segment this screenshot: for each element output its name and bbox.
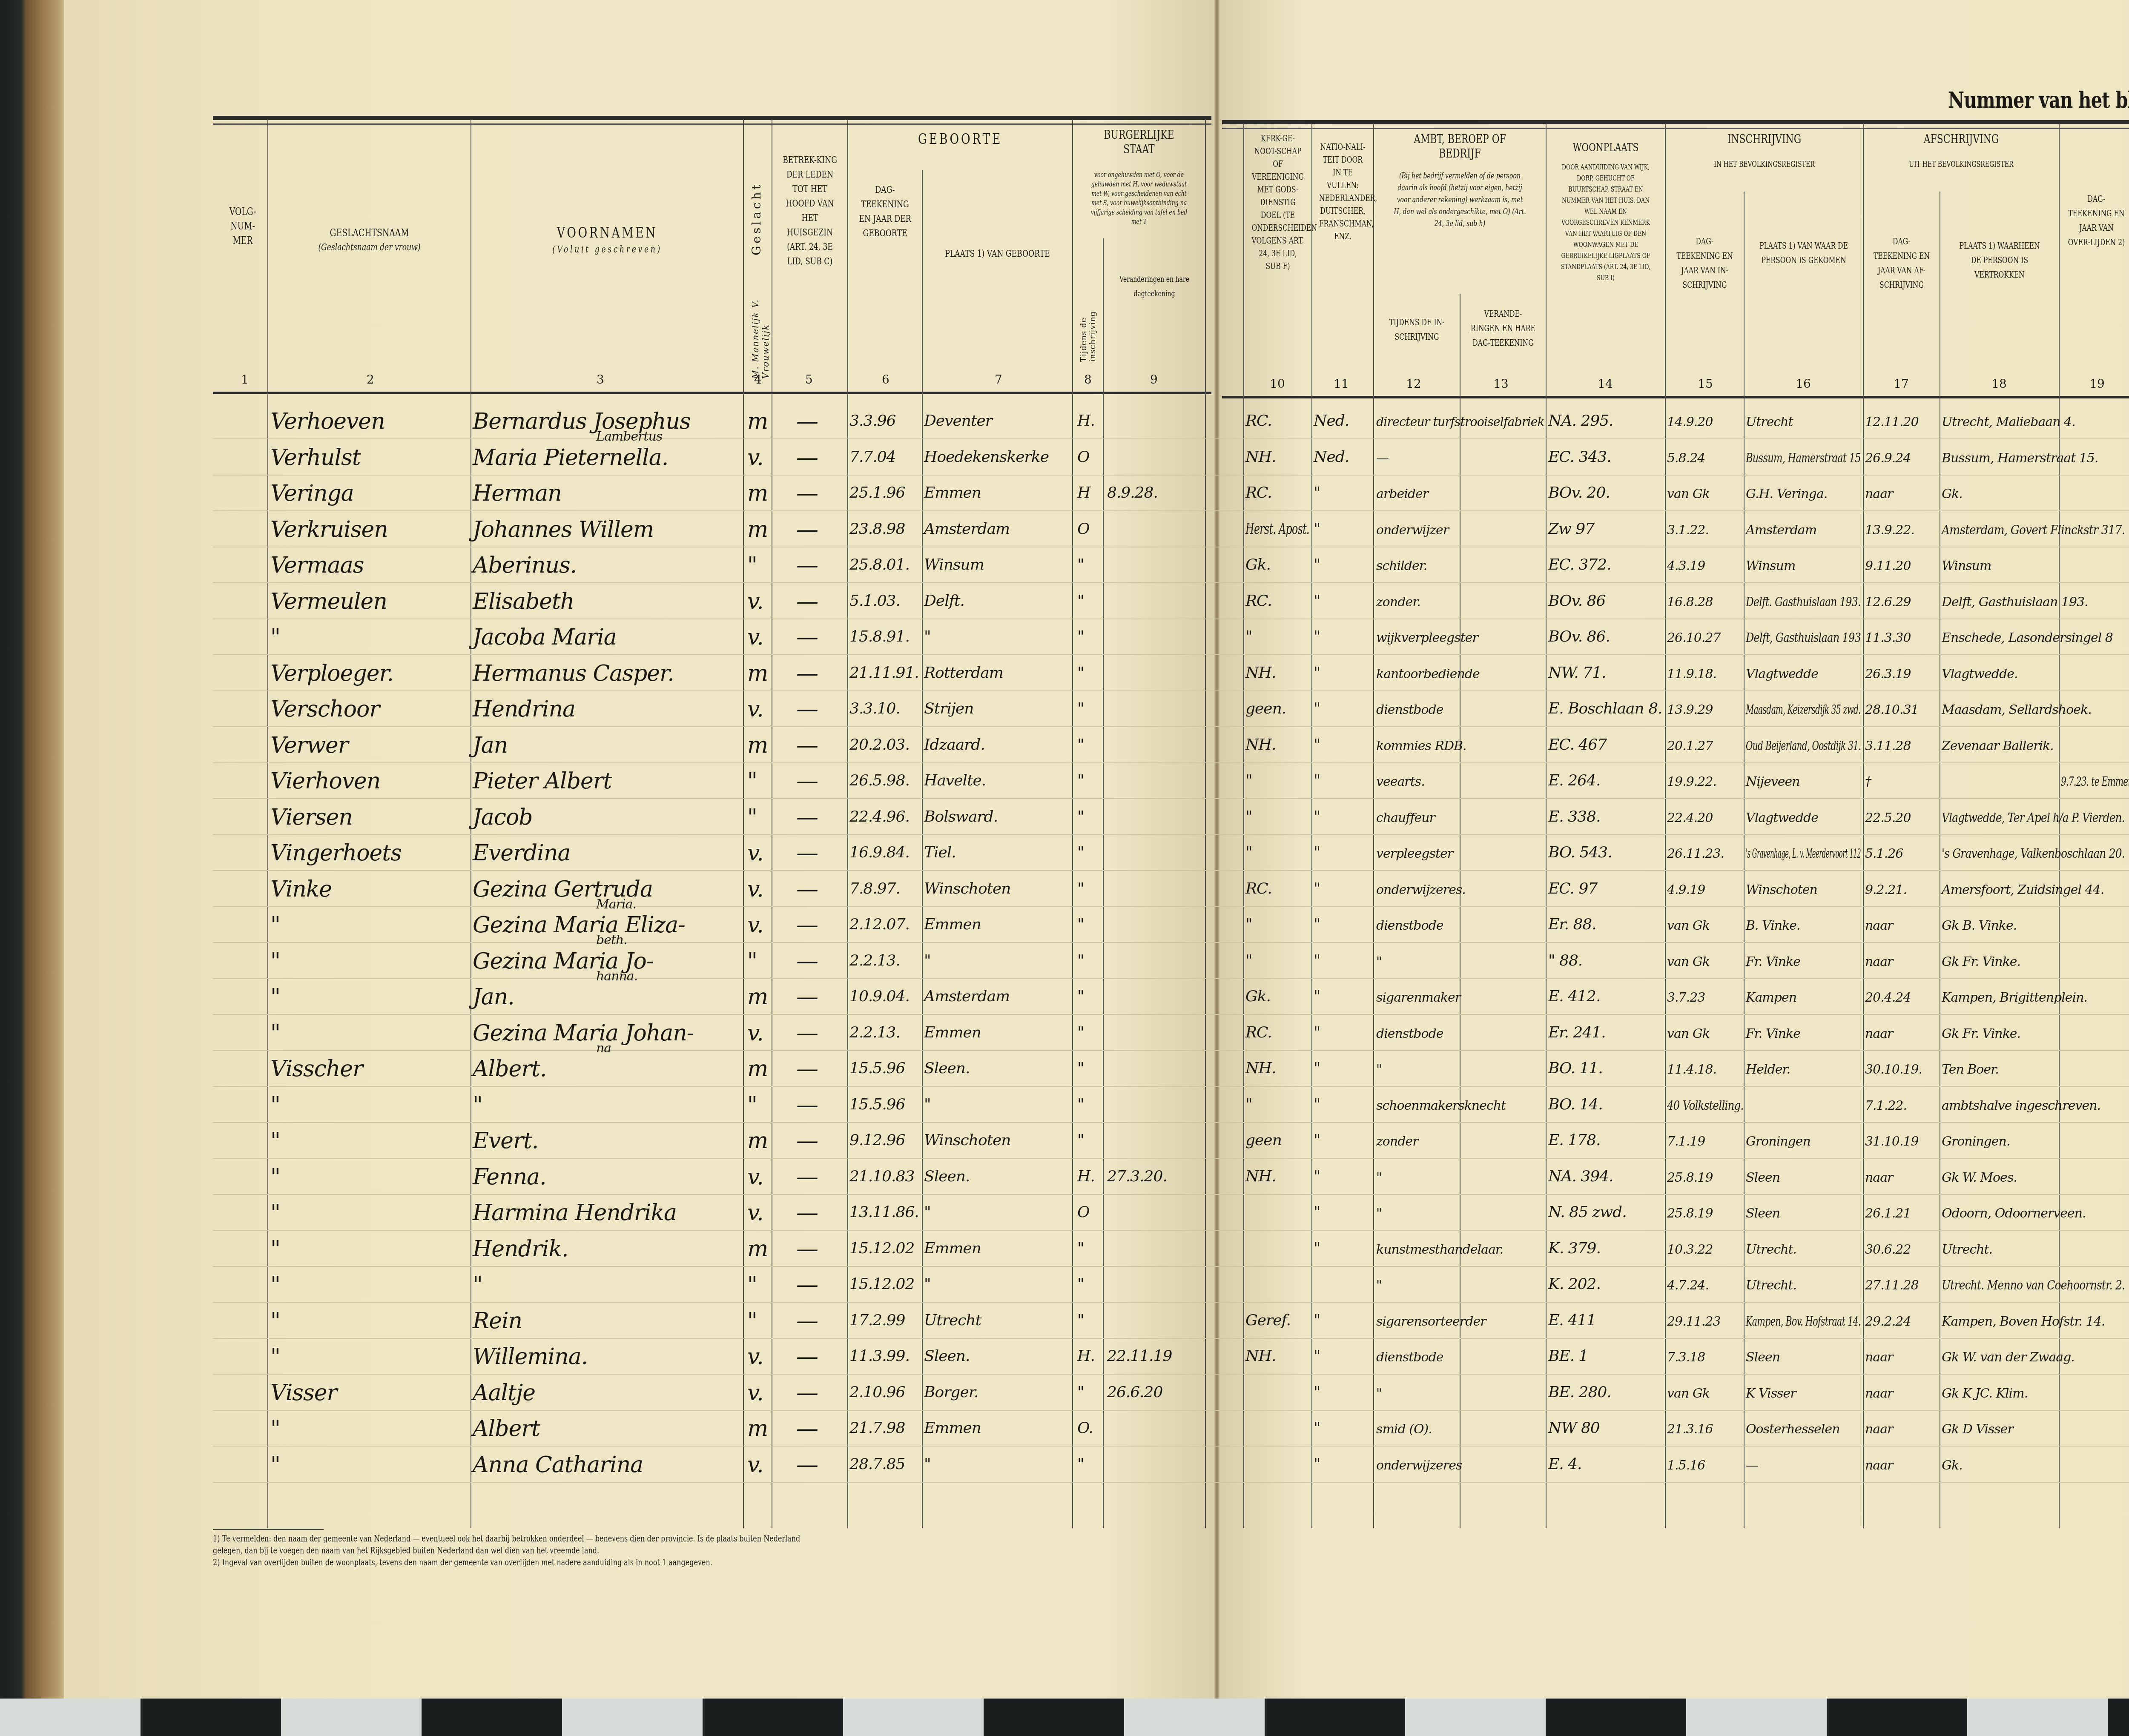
nationality-cell: " [1314,664,1320,682]
surname-cell: " [270,1452,280,1478]
col-divider [1311,123,1312,1528]
came-from-cell: Sleen [1746,1350,1780,1365]
col-divider [743,119,744,1528]
header-woonplaats: Woonplaats [1560,140,1652,155]
header-dag-inschrijving: Dag-teekening en jaar van in-schrijving [1674,234,1735,292]
moved-to-cell: Groningen. [1942,1134,2010,1149]
header-geslachtsnaam: Geslachtsnaam(Geslachtsnaam der vrouw) [290,226,448,255]
surname-cell: " [270,1200,280,1226]
row-rule [213,475,2129,476]
nationality-cell: " [1314,1240,1320,1257]
came-from-cell: Maasdam, Keizersdijk 35 zwd. [1746,702,1861,717]
col-divider [772,119,772,1528]
sex-cell: v. [747,912,763,938]
address-cell: EC. 97 [1548,880,1597,897]
birth-date-cell: 15.5.96 [849,1060,905,1077]
birth-place-cell: Havelte. [924,772,986,789]
birth-place-cell: Bolsward. [924,808,998,825]
header-burgerlijke-staat-sub: voor ongehuwden met O, voor de gehuwden … [1087,170,1191,226]
relation-cell: — [796,840,818,866]
moved-to-cell: Gk W. van der Zwaag. [1942,1350,2074,1365]
church-cell: Gk. [1245,556,1271,573]
birth-place-cell: Amsterdam [924,520,1010,538]
nationality-cell: Ned. [1314,448,1349,466]
came-from-cell: Sleen [1746,1170,1780,1185]
birth-place-cell: Rotterdam [924,664,1003,682]
civil-status-cell: " [1077,1132,1084,1149]
given-names-cell: Fenna. [473,1164,546,1190]
sex-cell: v. [747,840,763,866]
address-cell: BO. 11. [1548,1060,1603,1077]
registration-date-cell: 1.5.16 [1667,1458,1705,1473]
birth-date-cell: 3.3.10. [849,700,900,717]
nationality-cell: " [1314,880,1320,897]
birth-place-cell: " [924,952,931,969]
address-cell: EC. 343. [1548,448,1611,466]
row-rule [213,1446,2129,1447]
header-nationaliteit: Natio-nali-teit door in te vullen: Neder… [1319,140,1367,243]
nationality-cell: " [1314,1347,1320,1365]
relation-cell: — [796,805,818,830]
birth-date-cell: 5.1.03. [849,592,900,610]
relation-cell: — [796,984,818,1010]
church-cell: geen [1245,1132,1282,1149]
came-from-cell: Sleen [1746,1206,1780,1221]
birth-place-cell: Amsterdam [924,988,1010,1005]
given-names-cell: " [473,1272,482,1298]
birth-date-cell: 28.7.85 [849,1455,905,1473]
header-geboorte: Geboorte [873,130,1047,149]
relation-cell: — [796,1092,818,1118]
birth-date-cell: 7.8.97. [849,880,900,897]
registration-date-cell: 13.9.29 [1667,702,1713,717]
row-rule [213,1086,2129,1087]
header-ambt-veranderingen: Verande-ringen en hare dag-teekening [1470,307,1536,350]
birth-date-cell: 26.5.98. [849,772,910,789]
birth-place-cell: Sleen. [924,1168,970,1185]
moved-to-cell: Gk D Visser [1942,1422,2013,1437]
nationality-cell: " [1314,628,1320,645]
occupation-cell: zonder [1376,1134,1418,1149]
surname-cell: " [270,625,280,650]
row-rule [213,1194,2129,1195]
given-names-cell: Herman [473,481,562,506]
row-rule [213,510,2129,511]
deregistration-date-cell: 26.9.24 [1865,451,1911,466]
address-cell: BOv. 20. [1548,484,1610,501]
header-bottom-rule-left [213,392,1211,394]
surname-cell: Viersen [270,805,353,830]
sex-cell: v. [747,1200,763,1226]
came-from-cell: Oud Beijerland, Oostdijk 31. [1746,739,1861,753]
header-geslacht-sub: M. Mannelijk V. Vrouwelijk [750,272,771,379]
relation-cell: — [796,877,818,902]
header-afschrijving: Afschrijving [1885,132,2037,146]
birth-place-cell: Emmen [924,1419,981,1437]
col-divider [267,119,268,1528]
civil-status-cell: " [1077,808,1084,825]
came-from-cell: Kampen, Bov. Hofstraat 14. [1746,1314,1861,1329]
given-names-continuation: na [596,1041,611,1056]
surname-cell: " [270,948,280,974]
occupation-cell: arbeider [1376,487,1428,501]
occupation-cell: onderwijzer [1376,523,1449,538]
registration-date-cell: 19.9.22. [1667,774,1716,789]
relation-cell: — [796,1416,818,1441]
sex-cell: v. [747,1452,763,1478]
given-names-cell: Hendrik. [473,1236,568,1262]
sex-cell: m [747,517,768,542]
church-cell: NH. [1245,1060,1276,1077]
column-number: 18 [1991,377,2008,391]
row-rule [213,906,2129,907]
moved-to-cell: Maasdam, Sellardshoek. [1942,702,2092,717]
came-from-cell: Utrecht [1746,415,1793,430]
header-ambt-sub: (Bij het bedrijf vermelden of de persoon… [1393,170,1526,230]
deregistration-date-cell: naar [1865,1170,1893,1185]
address-cell: K. 379. [1548,1240,1601,1257]
column-number: 3 [592,372,609,387]
birth-place-cell: Borger. [924,1384,978,1401]
sex-cell: m [747,1416,768,1441]
sex-cell: m [747,733,768,758]
row-rule [213,1410,2129,1411]
deregistration-date-cell: naar [1865,1386,1893,1401]
moved-to-cell: Utrecht. [1942,1242,1992,1257]
sex-cell: v. [747,1344,763,1369]
occupation-cell: kunstmesthandelaar. [1376,1242,1503,1257]
col-divider [1863,123,1864,1528]
sex-cell: " [747,768,757,794]
occupation-cell: dienstbode [1376,702,1443,717]
birth-place-cell: Winschoten [924,1132,1011,1149]
came-from-cell: B. Vinke. [1746,918,1800,933]
row-rule [213,1122,2129,1123]
moved-to-cell: Winsum [1942,559,1991,573]
sex-cell: " [747,1092,757,1118]
occupation-cell: schilder. [1376,559,1427,573]
address-cell: E. 178. [1548,1132,1600,1149]
header-geslachtsnaam-sub: (Geslachtsnaam der vrouw) [290,240,448,255]
header-plaats-geboorte: Plaats 1) van geboorte [939,247,1056,261]
sex-cell: " [747,805,757,830]
deregistration-date-cell: naar [1865,1458,1893,1473]
deregistration-date-cell: 20.4.24 [1865,990,1911,1005]
surname-cell: " [270,1236,280,1262]
nationality-cell: " [1314,736,1320,753]
registration-date-cell: 20.1.27 [1667,739,1713,753]
came-from-cell: Bussum, Hamerstraat 15 [1746,451,1861,466]
registration-date-cell: 26.10.27 [1667,630,1721,645]
relation-cell: — [796,1452,818,1478]
nationality-cell: " [1314,1060,1320,1077]
surname-cell: Visser [270,1380,337,1406]
nationality-cell: " [1314,808,1320,825]
registration-date-cell: van Gk [1667,1026,1710,1041]
book-edge-left [0,0,64,1699]
col-divider [1744,192,1745,1528]
civil-status-change-cell: 27.3.20. [1107,1168,1167,1185]
came-from-cell: Utrecht. [1746,1242,1796,1257]
birth-place-cell: Hoedekenskerke [924,448,1049,466]
civil-status-cell: " [1077,700,1084,717]
sex-cell: v. [747,1164,763,1190]
color-calibration-strip [0,1699,2129,1736]
sex-cell: " [747,948,757,974]
col-divider [1103,238,1104,1528]
moved-to-cell: Amsterdam, Govert Flinckstr 317. [1942,523,2125,538]
civil-status-cell: " [1077,844,1084,861]
occupation-cell: dienstbode [1376,1350,1443,1365]
moved-to-cell: Gk Fr. Vinke. [1942,954,2020,969]
row-rule [213,834,2129,835]
given-names-cell: Jan [473,733,508,758]
deregistration-date-cell: 27.11.28 [1865,1278,1919,1293]
column-number: 2 [362,372,379,387]
birth-date-cell: 21.10.83 [849,1168,914,1185]
birth-place-cell: Delft. [924,592,964,610]
came-from-cell: Amsterdam [1746,523,1816,538]
birth-date-cell: 3.3.96 [849,412,896,430]
birth-place-cell: Winsum [924,556,984,573]
occupation-cell: kommies RDB. [1376,739,1466,753]
header-subrule-left [213,123,1211,125]
sex-cell: v. [747,625,763,650]
surname-cell: " [270,1416,280,1441]
occupation-cell: " [1376,1062,1382,1077]
deregistration-date-cell: 26.3.19 [1865,667,1911,682]
came-from-cell: Groningen [1746,1134,1811,1149]
given-names-cell: Hermanus Casper. [473,661,674,686]
church-cell: RC. [1245,1024,1272,1041]
nationality-cell: " [1314,1455,1320,1473]
sex-cell: v. [747,696,763,722]
header-geslacht: Geslacht [749,140,763,255]
birth-date-cell: 2.12.07. [849,916,910,933]
sex-cell: m [747,1056,768,1082]
given-names-cell: Jan. [473,984,514,1010]
deregistration-date-cell: naar [1865,487,1893,501]
surname-cell: " [270,1092,280,1118]
row-rule [213,619,2129,619]
given-names-cell: Gezina Maria Johan- [473,1020,694,1046]
occupation-cell: kantoorbediende [1376,667,1480,682]
nationality-cell: " [1314,772,1320,789]
sex-cell: m [747,481,768,506]
civil-status-cell: " [1077,1024,1084,1041]
nationality-cell: Ned. [1314,412,1349,430]
given-names-cell: Albert. [473,1056,547,1082]
deregistration-date-cell: naar [1865,1026,1893,1041]
deregistration-date-cell: 9.11.20 [1865,559,1911,573]
address-cell: EC. 467 [1548,736,1607,753]
moved-to-cell: Vlagtwedde, Ter Apel h/a P. Vierden. [1942,811,2125,825]
church-cell: NH. [1245,448,1276,466]
church-cell: " [1245,772,1252,789]
moved-to-cell: Gk. [1942,1458,1963,1473]
nationality-cell: " [1314,1419,1320,1437]
given-names-cell: Jacoba Maria [473,625,617,650]
row-rule [213,1050,2129,1051]
occupation-cell: onderwijzeres. [1376,882,1466,897]
address-cell: BE. 1 [1548,1347,1588,1365]
address-cell: Er. 241. [1548,1024,1606,1041]
church-cell: " [1245,844,1252,861]
nationality-cell: " [1314,592,1320,610]
registration-date-cell: van Gk [1667,1386,1710,1401]
deregistration-date-cell: naar [1865,954,1893,969]
moved-to-cell: Utrecht. Menno van Coehoornstr. 2. [1942,1278,2125,1293]
moved-to-cell: Utrecht, Maliebaan 4. [1942,415,2075,430]
occupation-cell: sigarenmaker [1376,990,1460,1005]
civil-status-cell: " [1077,664,1084,682]
church-cell: " [1245,1096,1252,1113]
header-voornamen: Voornamen(Voluit geschreven) [501,223,713,258]
birth-date-cell: 25.1.96 [849,484,905,501]
registration-date-cell: 10.3.22 [1667,1242,1713,1257]
surname-cell: Verwer [270,733,348,758]
moved-to-cell: Gk B. Vinke. [1942,918,2017,933]
surname-cell: " [270,912,280,938]
church-cell: Herst. Apost. [1245,520,1309,538]
column-number: 14 [1597,377,1614,391]
came-from-cell: — [1746,1458,1758,1473]
registration-date-cell: 11.9.18. [1667,667,1716,682]
deregistration-date-cell: 12.11.20 [1865,415,1919,430]
registration-date-cell: 21.3.16 [1667,1422,1713,1437]
came-from-cell: G.H. Veringa. [1746,487,1827,501]
church-cell: " [1245,916,1252,933]
given-names-continuation: beth. [596,933,627,948]
registration-date-cell: 7.1.19 [1667,1134,1705,1149]
occupation-cell: dienstbode [1376,1026,1443,1041]
relation-cell: — [796,948,818,974]
occupation-cell: " [1376,1170,1382,1185]
given-names-cell: Aaltje [473,1380,535,1406]
birth-place-cell: " [924,1096,931,1113]
registration-date-cell: 4.9.19 [1667,882,1705,897]
deregistration-date-cell: 31.10.19 [1865,1134,1919,1149]
civil-status-cell: O. [1077,1419,1093,1437]
nationality-cell: " [1314,1132,1320,1149]
header-tijdens-inschrijving: Tijdens de inschrijving [1079,272,1097,362]
address-cell: BOv. 86 [1548,592,1605,610]
sex-cell: " [747,553,757,578]
book-gutter [1214,0,1219,1699]
civil-status-cell: O [1077,1203,1090,1221]
civil-status-change-cell: 22.11.19 [1107,1347,1172,1365]
given-names-cell: Aberinus. [473,553,577,578]
address-cell: BO. 14. [1548,1096,1603,1113]
civil-status-cell: " [1077,880,1084,897]
nationality-cell: " [1314,1024,1320,1041]
birth-place-cell: Emmen [924,1024,981,1041]
column-number: 16 [1795,377,1812,391]
address-cell: E. 4. [1548,1455,1582,1473]
col-divider [847,119,848,1528]
occupation-cell: zonder. [1376,595,1420,610]
civil-status-cell: " [1077,736,1084,753]
deregistration-date-cell: † [1865,774,1871,789]
birth-place-cell: " [924,1203,931,1221]
sex-cell: v. [747,1380,763,1406]
row-rule [213,1374,2129,1375]
header-dagteekening-geboorte: Dag-teekening en jaar der geboorte [856,183,914,241]
column-number: 9 [1145,372,1162,387]
given-names-cell: Harmina Hendrika [473,1200,677,1226]
address-cell: E. Boschlaan 8. [1548,700,1662,717]
birth-date-cell: 7.7.04 [849,448,896,466]
came-from-cell: Nijeveen [1746,774,1800,789]
registration-date-cell: van Gk [1667,918,1710,933]
footnote-rule [213,1529,324,1530]
relation-cell: — [796,1020,818,1046]
row-rule [213,1338,2129,1339]
relation-cell: — [796,517,818,542]
registration-date-cell: 7.3.18 [1667,1350,1705,1365]
registration-date-cell: 26.11.23. [1667,846,1724,861]
registration-date-cell: van Gk [1667,954,1710,969]
birth-date-cell: 10.9.04. [849,988,910,1005]
address-cell: E. 411 [1548,1312,1596,1329]
nationality-cell: " [1314,1096,1320,1113]
deregistration-date-cell: 3.11.28 [1865,739,1911,753]
nationality-cell: " [1314,484,1320,501]
birth-place-cell: " [924,628,931,645]
surname-cell: Vermeulen [270,589,387,614]
civil-status-cell: H. [1077,1347,1095,1365]
sex-cell: " [747,1272,757,1298]
deregistration-date-cell: 30.10.19. [1865,1062,1922,1077]
occupation-cell: — [1376,451,1389,466]
birth-place-cell: Utrecht [924,1312,981,1329]
surname-cell: Verkruisen [270,517,388,542]
moved-to-cell: Bussum, Hamerstraat 15. [1942,451,2098,466]
civil-status-cell: H [1077,484,1090,501]
row-rule [213,1230,2129,1231]
birth-date-cell: 16.9.84. [849,844,910,861]
church-cell: " [1245,952,1252,969]
relation-cell: — [796,1344,818,1369]
surname-cell: " [270,1164,280,1190]
civil-status-cell: " [1077,1455,1084,1473]
header-bottom-rule-right [1222,396,2129,398]
birth-place-cell: Idzaard. [924,736,985,753]
civil-status-cell: " [1077,556,1084,573]
deregistration-date-cell: 5.1.26 [1865,846,1903,861]
moved-to-cell: Ten Boer. [1942,1062,1999,1077]
row-rule [213,438,2129,439]
header-ambt: Ambt, beroep of bedrijf [1393,132,1526,161]
birth-date-cell: 17.2.99 [849,1312,905,1329]
occupation-cell: smid (O). [1376,1422,1432,1437]
civil-status-cell: " [1077,988,1084,1005]
birth-place-cell: Tiel. [924,844,956,861]
header-afschrijving-sub: uit het bevolkingsregister [1885,158,2037,172]
birth-date-cell: 15.8.91. [849,628,910,645]
deregistration-date-cell: 11.3.30 [1865,630,1911,645]
header-geslachtsnaam-title: Geslachtsnaam [330,227,409,239]
came-from-cell: Vlagtwedde [1746,667,1818,682]
registration-date-cell: 11.4.18. [1667,1062,1716,1077]
address-cell: NW. 71. [1548,664,1606,682]
relation-cell: — [796,409,818,434]
nationality-cell: " [1314,1168,1320,1185]
given-names-cell: Gezina Maria Eliza- [473,912,685,938]
occupation-cell: " [1376,1206,1382,1221]
col-divider [1940,192,1940,1528]
birth-place-cell: Deventer [924,412,992,430]
